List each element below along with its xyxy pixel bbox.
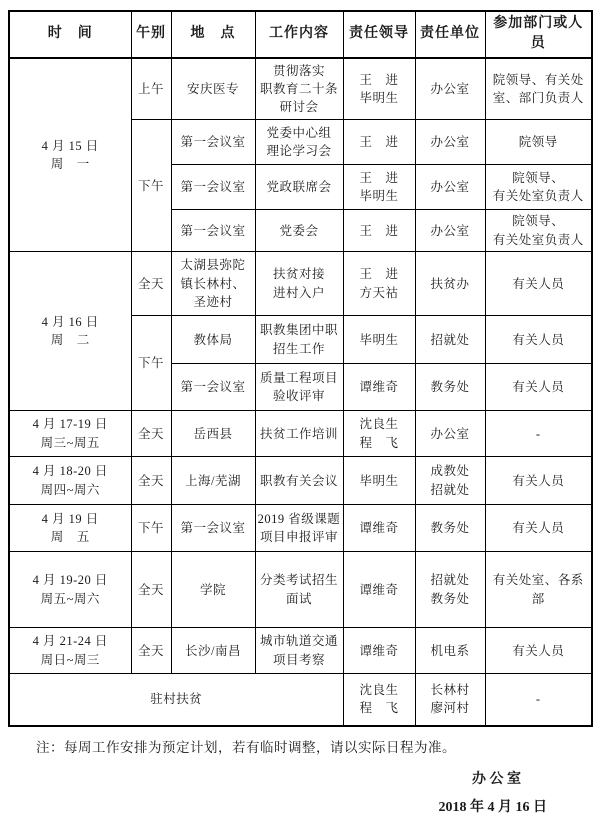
cell-participants: - <box>485 674 592 726</box>
cell-participants: 有关人员 <box>485 364 592 411</box>
cell-leader: 毕明生 <box>343 457 415 505</box>
cell-date-apr15: 4 月 15 日 周 一 <box>9 58 131 252</box>
cell-unit: 长林村 廖河村 <box>415 674 485 726</box>
issuing-office: 办 公 室 <box>8 768 591 788</box>
cell-participants: 有关处室、各系部 <box>485 552 592 628</box>
cell-participants: 有关人员 <box>485 252 592 316</box>
cell-unit: 招就处 <box>415 316 485 364</box>
cell-location: 学院 <box>171 552 255 628</box>
cell-participants: 有关人员 <box>485 628 592 674</box>
cell-participants: 院领导、 有关处室负责人 <box>485 210 592 252</box>
cell-session: 全天 <box>131 252 171 316</box>
cell-leader: 谭维奇 <box>343 364 415 411</box>
cell-leader: 谭维奇 <box>343 628 415 674</box>
cell-unit: 办公室 <box>415 58 485 120</box>
cell-date-apr16: 4 月 16 日 周 二 <box>9 252 131 411</box>
cell-session: 全天 <box>131 457 171 505</box>
cell-location: 第一会议室 <box>171 364 255 411</box>
issue-date: 2018 年 4 月 16 日 <box>8 796 591 816</box>
col-header-location: 地 点 <box>171 11 255 58</box>
cell-session: 全天 <box>131 628 171 674</box>
cell-location: 上海/芜湖 <box>171 457 255 505</box>
cell-date-apr17-19: 4 月 17-19 日 周三~周五 <box>9 411 131 457</box>
cell-content: 扶贫对接 进村入户 <box>255 252 343 316</box>
schedule-note: 注：每周工作安排为预定计划，若有临时调整，请以实际日程为准。 <box>8 736 591 756</box>
cell-participants: - <box>485 411 592 457</box>
table-row: 驻村扶贫 沈良生 程 飞 长林村 廖河村 - <box>9 674 592 726</box>
cell-location: 第一会议室 <box>171 505 255 552</box>
cell-content: 质量工程项目 验收评审 <box>255 364 343 411</box>
cell-participants: 有关人员 <box>485 316 592 364</box>
cell-unit: 扶贫办 <box>415 252 485 316</box>
cell-unit: 教务处 <box>415 505 485 552</box>
table-row: 4 月 19-20 日 周五~周六 全天 学院 分类考试招生 面试 谭维奇 招就… <box>9 552 592 628</box>
cell-unit: 机电系 <box>415 628 485 674</box>
table-row: 4 月 21-24 日 周日~周三 全天 长沙/南昌 城市轨道交通 项目考察 谭… <box>9 628 592 674</box>
cell-content: 职教集团中职 招生工作 <box>255 316 343 364</box>
cell-session: 全天 <box>131 411 171 457</box>
cell-location: 教体局 <box>171 316 255 364</box>
cell-leader: 王 进 毕明生 <box>343 165 415 210</box>
cell-participants: 有关人员 <box>485 457 592 505</box>
cell-location: 第一会议室 <box>171 120 255 165</box>
cell-location: 第一会议室 <box>171 165 255 210</box>
cell-participants: 院领导、有关处 室、部门负责人 <box>485 58 592 120</box>
cell-unit: 办公室 <box>415 210 485 252</box>
cell-date-apr19: 4 月 19 日 周 五 <box>9 505 131 552</box>
cell-unit: 办公室 <box>415 411 485 457</box>
header-row: 时 间 午别 地 点 工作内容 责任领导 责任单位 参加部门或人员 <box>9 11 592 58</box>
cell-location: 太湖县弥陀 镇长林村、 圣迹村 <box>171 252 255 316</box>
table-row: 4 月 19 日 周 五 下午 第一会议室 2019 省级课题 项目申报评审 谭… <box>9 505 592 552</box>
cell-leader: 沈良生 程 飞 <box>343 674 415 726</box>
cell-location: 第一会议室 <box>171 210 255 252</box>
col-header-session: 午别 <box>131 11 171 58</box>
cell-session: 上午 <box>131 58 171 120</box>
table-row: 4 月 16 日 周 二 全天 太湖县弥陀 镇长林村、 圣迹村 扶贫对接 进村入… <box>9 252 592 316</box>
cell-participants: 有关人员 <box>485 505 592 552</box>
col-header-content: 工作内容 <box>255 11 343 58</box>
cell-location: 安庆医专 <box>171 58 255 120</box>
cell-session: 下午 <box>131 316 171 411</box>
cell-leader: 谭维奇 <box>343 552 415 628</box>
cell-participants: 院领导、 有关处室负责人 <box>485 165 592 210</box>
cell-content: 党政联席会 <box>255 165 343 210</box>
weekly-schedule-table: 时 间 午别 地 点 工作内容 责任领导 责任单位 参加部门或人员 4 月 15… <box>8 10 593 727</box>
table-row: 4 月 17-19 日 周三~周五 全天 岳西县 扶贫工作培训 沈良生 程 飞 … <box>9 411 592 457</box>
cell-participants: 院领导 <box>485 120 592 165</box>
col-header-leader: 责任领导 <box>343 11 415 58</box>
cell-session: 全天 <box>131 552 171 628</box>
cell-session: 下午 <box>131 120 171 252</box>
cell-content: 扶贫工作培训 <box>255 411 343 457</box>
cell-date-apr18-20: 4 月 18-20 日 周四~周六 <box>9 457 131 505</box>
cell-leader: 沈良生 程 飞 <box>343 411 415 457</box>
cell-content: 分类考试招生 面试 <box>255 552 343 628</box>
document-page: 时 间 午别 地 点 工作内容 责任领导 责任单位 参加部门或人员 4 月 15… <box>0 0 599 816</box>
cell-session: 下午 <box>131 505 171 552</box>
cell-content: 贯彻落实 职教育二十条 研讨会 <box>255 58 343 120</box>
col-header-time: 时 间 <box>9 11 131 58</box>
col-header-participants: 参加部门或人员 <box>485 11 592 58</box>
cell-leader: 王 进 毕明生 <box>343 58 415 120</box>
cell-location: 长沙/南昌 <box>171 628 255 674</box>
cell-content: 党委会 <box>255 210 343 252</box>
cell-content: 职教有关会议 <box>255 457 343 505</box>
cell-content: 2019 省级课题 项目申报评审 <box>255 505 343 552</box>
cell-location: 岳西县 <box>171 411 255 457</box>
cell-leader: 王 进 <box>343 210 415 252</box>
cell-village-poverty-alleviation: 驻村扶贫 <box>9 674 343 726</box>
cell-unit: 办公室 <box>415 165 485 210</box>
cell-leader: 毕明生 <box>343 316 415 364</box>
cell-content: 党委中心组 理论学习会 <box>255 120 343 165</box>
cell-date-apr19-20: 4 月 19-20 日 周五~周六 <box>9 552 131 628</box>
col-header-unit: 责任单位 <box>415 11 485 58</box>
cell-unit: 招就处 教务处 <box>415 552 485 628</box>
cell-unit: 教务处 <box>415 364 485 411</box>
cell-unit: 成教处 招就处 <box>415 457 485 505</box>
cell-leader: 王 进 <box>343 120 415 165</box>
table-row: 4 月 18-20 日 周四~周六 全天 上海/芜湖 职教有关会议 毕明生 成教… <box>9 457 592 505</box>
cell-date-apr21-24: 4 月 21-24 日 周日~周三 <box>9 628 131 674</box>
table-row: 4 月 15 日 周 一 上午 安庆医专 贯彻落实 职教育二十条 研讨会 王 进… <box>9 58 592 120</box>
cell-leader: 王 进 方天祜 <box>343 252 415 316</box>
cell-unit: 办公室 <box>415 120 485 165</box>
cell-content: 城市轨道交通 项目考察 <box>255 628 343 674</box>
cell-leader: 谭维奇 <box>343 505 415 552</box>
